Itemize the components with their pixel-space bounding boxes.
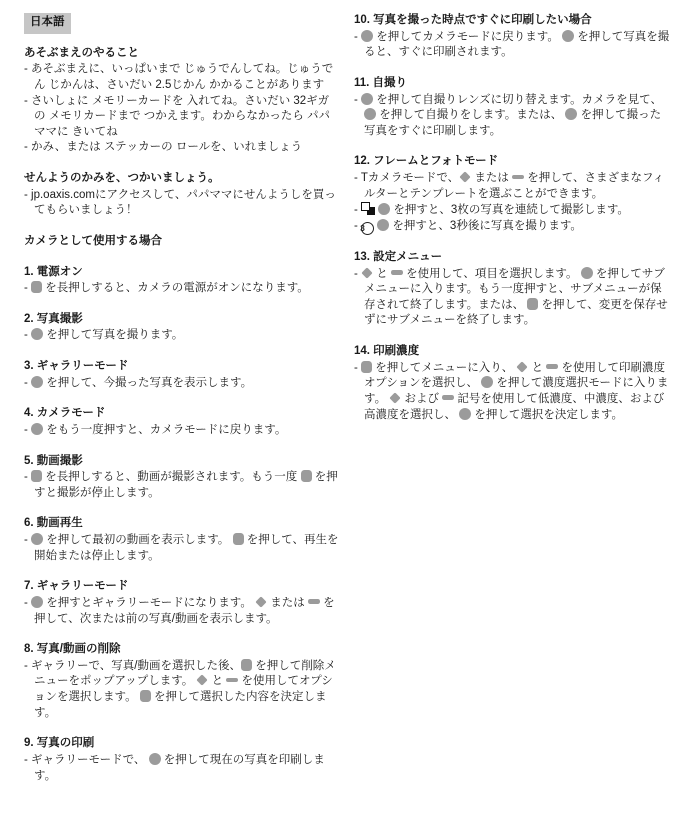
power-button-icon bbox=[31, 470, 42, 482]
minus-button-icon bbox=[546, 364, 558, 369]
manual-section: 5. 動画撮影- を長押しすると、動画が撮影されます。もう一度 を押すと撮影が停… bbox=[24, 454, 340, 502]
section-title: あそぶまえのやること bbox=[24, 46, 340, 62]
manual-section: 3. ギャラリーモード- を押して、今撮った写真を表示します。 bbox=[24, 359, 340, 391]
plus-button-icon bbox=[517, 361, 528, 372]
manual-section: 4. カメラモード- をもう一度押すと、カメラモードに戻ります。 bbox=[24, 406, 340, 438]
manual-section: カメラとして使用する場合 bbox=[24, 234, 340, 250]
left-column: 日本語 あそぶまえのやること- あそぶまえに、いっぱいまで じゅうでんしてね。じ… bbox=[24, 13, 340, 799]
section-title: 5. 動画撮影 bbox=[24, 454, 340, 470]
section-title: カメラとして使用する場合 bbox=[24, 234, 340, 250]
minus-button-icon bbox=[226, 678, 238, 683]
round-button-icon bbox=[31, 596, 43, 608]
right-column: 10. 写真を撮った時点ですぐに印刷したい場合- を押してカメラモードに戻ります… bbox=[354, 13, 670, 438]
plus-button-icon bbox=[460, 171, 471, 182]
minus-button-icon bbox=[308, 599, 320, 604]
round-button-icon bbox=[361, 93, 373, 105]
section-title: 4. カメラモード bbox=[24, 406, 340, 422]
section-title: 8. 写真/動画の削除 bbox=[24, 642, 340, 658]
section-title: 9. 写真の印刷 bbox=[24, 736, 340, 752]
power-button-icon bbox=[527, 298, 538, 310]
section-title: 2. 写真撮影 bbox=[24, 312, 340, 328]
round-button-icon bbox=[377, 219, 389, 231]
instruction-bullet: - 3 を押すと、3秒後に写真を撮ります。 bbox=[354, 219, 670, 235]
section-title: 7. ギャラリーモード bbox=[24, 579, 340, 595]
power-button-icon bbox=[140, 690, 151, 702]
language-badge: 日本語 bbox=[24, 13, 71, 34]
instruction-bullet: - を押して最初の動画を表示します。 を押して、再生を開始または停止します。 bbox=[24, 533, 340, 564]
manual-section: 2. 写真撮影- を押して写真を撮ります。 bbox=[24, 312, 340, 344]
manual-section: 10. 写真を撮った時点ですぐに印刷したい場合- を押してカメラモードに戻ります… bbox=[354, 13, 670, 61]
document-page: 日本語 あそぶまえのやること- あそぶまえに、いっぱいまで じゅうでんしてね。じ… bbox=[0, 0, 693, 838]
manual-section: 13. 設定メニュー- と を使用して、項目を選択します。 を押してサブメニュー… bbox=[354, 250, 670, 329]
section-title: 3. ギャラリーモード bbox=[24, 359, 340, 375]
instruction-bullet: - Tカメラモードで、 または を押して、さまざまなフィルターとテンプレートを選… bbox=[354, 171, 670, 202]
power-button-icon bbox=[241, 659, 252, 671]
burst-photos-icon bbox=[361, 202, 375, 215]
timer-3s-icon: 3 bbox=[361, 222, 374, 235]
round-button-icon bbox=[562, 30, 574, 42]
power-button-icon bbox=[31, 281, 42, 293]
manual-section: 9. 写真の印刷- ギャラリーモードで、 を押して現在の写真を印刷します。 bbox=[24, 736, 340, 784]
round-button-icon bbox=[378, 203, 390, 215]
manual-section: せんようのかみを、つかいましょう。- jp.oaxis.comにアクセスして、パ… bbox=[24, 171, 340, 219]
plus-button-icon bbox=[197, 675, 208, 686]
instruction-bullet: - を押して自撮りレンズに切り替えます。カメラを見て、 を押して自撮りをします。… bbox=[354, 93, 670, 140]
power-button-icon bbox=[361, 361, 372, 373]
manual-section: あそぶまえのやること- あそぶまえに、いっぱいまで じゅうでんしてね。じゅうでん… bbox=[24, 46, 340, 156]
section-title: せんようのかみを、つかいましょう。 bbox=[24, 171, 340, 187]
section-title: 12. フレームとフォトモード bbox=[354, 154, 670, 170]
instruction-bullet: - を押すと、3枚の写真を連続して撮影します。 bbox=[354, 202, 670, 219]
instruction-bullet: - を押して、今撮った写真を表示します。 bbox=[24, 376, 340, 392]
round-button-icon bbox=[149, 753, 161, 765]
instruction-bullet: - jp.oaxis.comにアクセスして、パパママにせんようしを買ってもらいま… bbox=[24, 188, 340, 219]
round-button-icon bbox=[581, 267, 593, 279]
power-button-icon bbox=[233, 533, 244, 545]
manual-section: 1. 電源オン- を長押しすると、カメラの電源がオンになります。 bbox=[24, 265, 340, 297]
instruction-bullet: - を押してメニューに入り、 と を使用して印刷濃度オプションを選択し、 を押し… bbox=[354, 361, 670, 424]
section-title: 1. 電源オン bbox=[24, 265, 340, 281]
instruction-bullet: - を長押しすると、カメラの電源がオンになります。 bbox=[24, 281, 340, 297]
round-button-icon bbox=[459, 408, 471, 420]
instruction-bullet: - を押してカメラモードに戻ります。 を押して写真を撮ると、すぐに印刷されます。 bbox=[354, 30, 670, 61]
instruction-bullet: - を長押しすると、動画が撮影されます。もう一度 を押すと撮影が停止します。 bbox=[24, 470, 340, 501]
round-button-icon bbox=[481, 376, 493, 388]
instruction-bullet: - をもう一度押すと、カメラモードに戻ります。 bbox=[24, 423, 340, 439]
manual-section: 8. 写真/動画の削除- ギャラリーで、写真/動画を選択した後、 を押して削除メ… bbox=[24, 642, 340, 721]
section-title: 10. 写真を撮った時点ですぐに印刷したい場合 bbox=[354, 13, 670, 29]
plus-button-icon bbox=[390, 392, 401, 403]
instruction-bullet: - かみ、または ステッカーの ロールを、いれましょう bbox=[24, 140, 340, 156]
instruction-bullet: - あそぶまえに、いっぱいまで じゅうでんしてね。じゅうでん じかんは、さいだい… bbox=[24, 62, 340, 93]
plus-button-icon bbox=[361, 267, 372, 278]
manual-section: 12. フレームとフォトモード- Tカメラモードで、 または を押して、さまざま… bbox=[354, 154, 670, 235]
round-button-icon bbox=[364, 108, 376, 120]
round-button-icon bbox=[31, 423, 43, 435]
instruction-bullet: - を押して写真を撮ります。 bbox=[24, 328, 340, 344]
round-button-icon bbox=[361, 30, 373, 42]
left-sections: あそぶまえのやること- あそぶまえに、いっぱいまで じゅうでんしてね。じゅうでん… bbox=[24, 46, 340, 785]
manual-section: 6. 動画再生- を押して最初の動画を表示します。 を押して、再生を開始または停… bbox=[24, 516, 340, 564]
instruction-bullet: - と を使用して、項目を選択します。 を押してサブメニューに入ります。もう一度… bbox=[354, 267, 670, 330]
instruction-bullet: - さいしょに メモリーカードを 入れてね。さいだい 32ギガの メモリカードま… bbox=[24, 94, 340, 141]
round-button-icon bbox=[31, 533, 43, 545]
section-title: 14. 印刷濃度 bbox=[354, 344, 670, 360]
section-title: 13. 設定メニュー bbox=[354, 250, 670, 266]
minus-button-icon bbox=[442, 395, 454, 400]
section-title: 6. 動画再生 bbox=[24, 516, 340, 532]
manual-section: 7. ギャラリーモード- を押すとギャラリーモードになります。 または を押して… bbox=[24, 579, 340, 627]
instruction-bullet: - を押すとギャラリーモードになります。 または を押して、次または前の写真/動… bbox=[24, 596, 340, 627]
round-button-icon bbox=[565, 108, 577, 120]
instruction-bullet: - ギャラリーモードで、 を押して現在の写真を印刷します。 bbox=[24, 753, 340, 784]
instruction-bullet: - ギャラリーで、写真/動画を選択した後、 を押して削除メニューをポップアップし… bbox=[24, 659, 340, 722]
minus-button-icon bbox=[391, 270, 403, 275]
section-title: 11. 自撮り bbox=[354, 76, 670, 92]
plus-button-icon bbox=[255, 596, 266, 607]
round-button-icon bbox=[31, 328, 43, 340]
manual-section: 11. 自撮り- を押して自撮りレンズに切り替えます。カメラを見て、 を押して自… bbox=[354, 76, 670, 140]
round-button-icon bbox=[31, 376, 43, 388]
minus-button-icon bbox=[512, 175, 524, 180]
manual-section: 14. 印刷濃度- を押してメニューに入り、 と を使用して印刷濃度オプションを… bbox=[354, 344, 670, 423]
power-button-icon bbox=[301, 470, 312, 482]
